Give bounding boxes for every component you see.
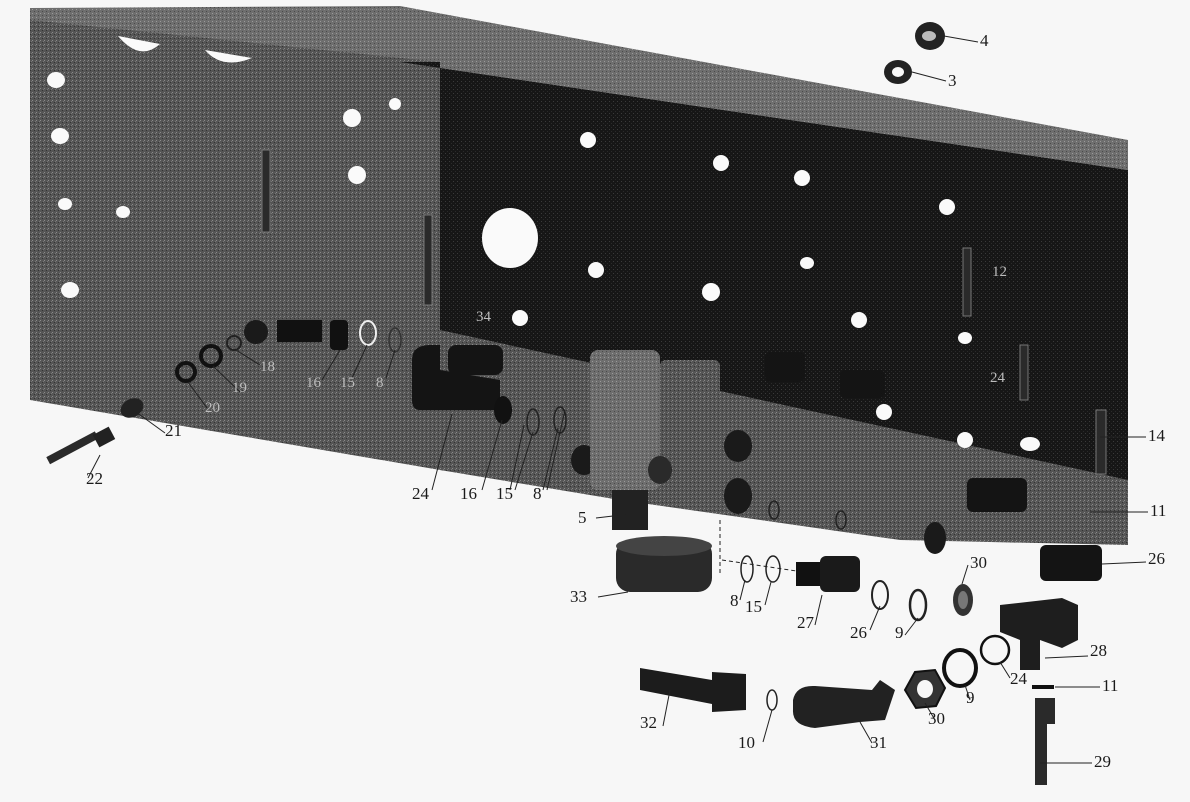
callout-22: 22 bbox=[86, 469, 103, 488]
callout-30-front: 30 bbox=[970, 553, 987, 572]
diagram-canvas: 4 3 12 34 18 19 20 21 22 16 15 8 24 16 1… bbox=[0, 0, 1190, 802]
callout-32: 32 bbox=[640, 713, 657, 732]
callout-26-front: 26 bbox=[850, 623, 867, 642]
callout-34: 34 bbox=[476, 309, 492, 325]
callout-30-rear: 30 bbox=[928, 709, 945, 728]
callout-12: 12 bbox=[992, 264, 1007, 280]
callout-8-lower: 8 bbox=[533, 484, 542, 503]
callout-15-front: 15 bbox=[745, 597, 762, 616]
callout-5: 5 bbox=[578, 508, 587, 527]
callout-24-left: 24 bbox=[412, 484, 430, 503]
callout-9-front: 9 bbox=[895, 623, 904, 642]
callout-28: 28 bbox=[1090, 641, 1107, 660]
callout-4: 4 bbox=[980, 31, 989, 50]
callout-33: 33 bbox=[570, 587, 587, 606]
callout-18: 18 bbox=[260, 359, 275, 375]
callout-16-lower: 16 bbox=[460, 484, 477, 503]
callout-20: 20 bbox=[205, 400, 220, 416]
callout-24-right: 26 bbox=[1148, 549, 1165, 568]
callout-8-upper: 8 bbox=[376, 375, 384, 391]
callout-10: 10 bbox=[738, 733, 755, 752]
callout-31: 31 bbox=[870, 733, 887, 752]
callout-27: 27 bbox=[797, 613, 815, 632]
callout-11-upper: 11 bbox=[1150, 501, 1166, 520]
callout-19: 19 bbox=[232, 380, 247, 396]
callout-29: 29 bbox=[1094, 752, 1111, 771]
callout-16-upper: 16 bbox=[306, 375, 322, 391]
cap bbox=[616, 520, 720, 592]
exploded-parts-diagram: 4 3 12 34 18 19 20 21 22 16 15 8 24 16 1… bbox=[0, 0, 1190, 802]
callout-24-frame: 24 bbox=[990, 370, 1006, 386]
callout-8-front: 8 bbox=[730, 591, 739, 610]
callout-21: 21 bbox=[165, 421, 182, 440]
nut-and-washer bbox=[884, 22, 945, 84]
callout-11-lower: 11 bbox=[1102, 676, 1118, 695]
callout-26-rear: 24 bbox=[1010, 669, 1028, 688]
callout-9-rear: 9 bbox=[966, 688, 975, 707]
callout-15-upper: 15 bbox=[340, 375, 355, 391]
callout-14: 14 bbox=[1148, 426, 1166, 445]
callout-3: 3 bbox=[948, 71, 957, 90]
callout-15-lower: 15 bbox=[496, 484, 513, 503]
